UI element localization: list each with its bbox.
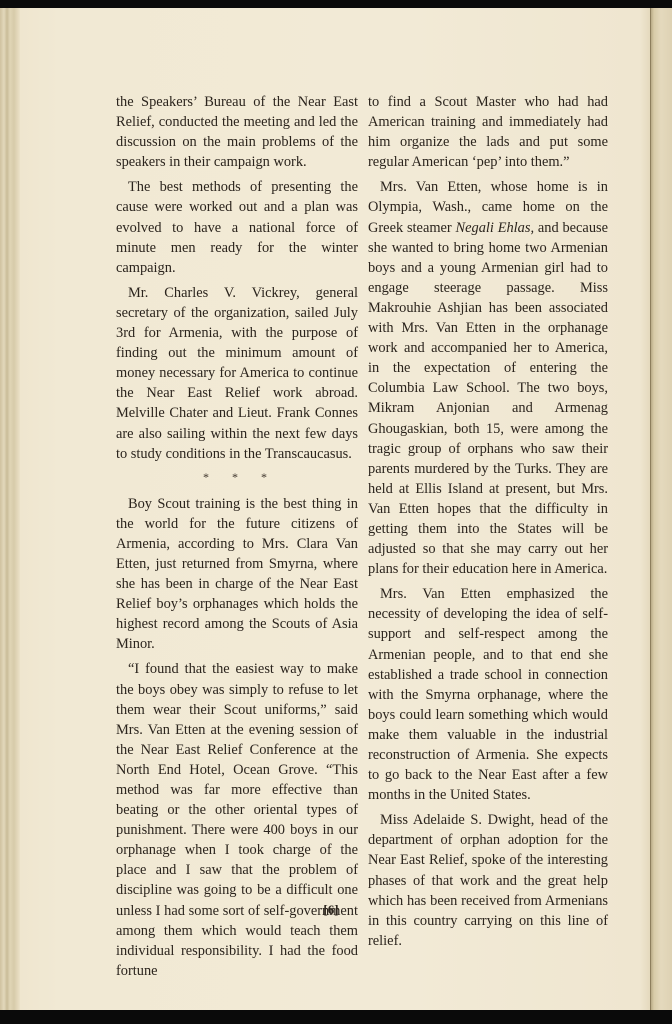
paragraph: the Speakers’ Bureau of the Near East Re… (116, 92, 358, 172)
page-number: [6] (0, 902, 672, 918)
paragraph: to find a Scout Master who had had Ameri… (368, 92, 608, 172)
paragraph: Miss Adelaide S. Dwight, head of the dep… (368, 810, 608, 951)
paragraph: Mrs. Van Etten, whose home is in Olympia… (368, 177, 608, 579)
right-text-column: to find a Scout Master who had had Ameri… (368, 92, 608, 951)
paragraph: The best methods of presenting the cause… (116, 177, 358, 277)
paragraph-text: and because she wanted to bring home two… (368, 220, 608, 578)
paragraph: Boy Scout training is the best thing in … (116, 494, 358, 655)
adjacent-page-edge (650, 8, 672, 1010)
ship-name: Negali Ehlas, (456, 220, 535, 236)
paragraph: Mr. Charles V. Vickrey, general secretar… (116, 283, 358, 464)
left-text-column: the Speakers’ Bureau of the Near East Re… (116, 92, 358, 981)
paragraph: Mrs. Van Etten emphasized the necessity … (368, 584, 608, 805)
section-separator: * * * (116, 470, 358, 484)
book-binding-edge (0, 8, 20, 1010)
scan-bottom-border (0, 1010, 672, 1024)
paragraph: “I found that the easiest way to make th… (116, 659, 358, 981)
